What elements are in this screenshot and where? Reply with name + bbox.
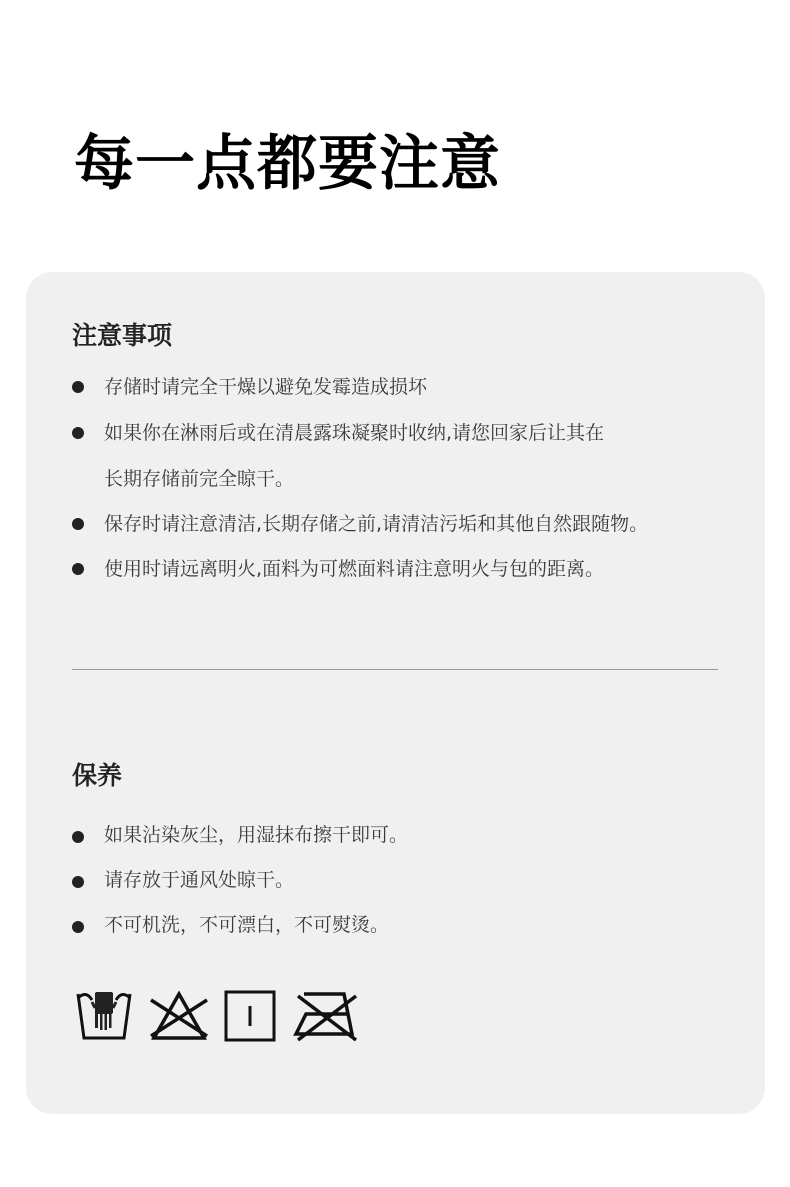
- care-title: 保养: [72, 760, 122, 792]
- hand-wash-icon: [74, 988, 134, 1044]
- list-item-text: 存储时请完全干燥以避免发霉造成损坏: [104, 376, 427, 398]
- bullet-icon: [72, 563, 84, 575]
- no-iron-icon: [290, 988, 362, 1044]
- list-item-text: 如果沾染灰尘，用湿抹布擦干即可。: [104, 824, 408, 846]
- bullet-icon: [72, 518, 84, 530]
- notes-list: 存储时请完全干燥以避免发霉造成损坏 如果你在淋雨后或在清晨露珠凝聚时收纳,请您回…: [72, 372, 648, 584]
- list-item-text: 不可机洗，不可漂白，不可熨烫。: [104, 914, 389, 936]
- bullet-icon: [72, 427, 84, 439]
- list-item-text: 使用时请远离明火,面料为可燃面料请注意明火与包的距离。: [104, 558, 604, 580]
- info-card: 注意事项 存储时请完全干燥以避免发霉造成损坏 如果你在淋雨后或在清晨露珠凝聚时收…: [26, 272, 765, 1114]
- care-list: 如果沾染灰尘，用湿抹布擦干即可。 请存放于通风处晾干。 不可机洗，不可漂白，不可…: [72, 820, 408, 940]
- no-bleach-icon: [148, 990, 210, 1042]
- list-item: 存储时请完全干燥以避免发霉造成损坏: [72, 372, 648, 402]
- tumble-dry-icon: [224, 990, 276, 1042]
- list-item: 保存时请注意清洁,长期存储之前,请清洁污垢和其他自然跟随物。: [72, 509, 648, 539]
- bullet-icon: [72, 876, 84, 888]
- notes-title: 注意事项: [72, 320, 172, 352]
- list-item-text: 长期存储前完全晾干。: [104, 464, 294, 494]
- list-item: 如果沾染灰尘，用湿抹布擦干即可。: [72, 820, 408, 850]
- list-item-text: 如果你在淋雨后或在清晨露珠凝聚时收纳,请您回家后让其在: [104, 422, 604, 444]
- list-item: 请存放于通风处晾干。: [72, 865, 408, 895]
- bullet-icon: [72, 381, 84, 393]
- page-title: 每一点都要注意: [74, 128, 501, 200]
- bullet-icon: [72, 831, 84, 843]
- bullet-icon: [72, 921, 84, 933]
- list-item-text: 保存时请注意清洁,长期存储之前,请清洁污垢和其他自然跟随物。: [104, 513, 648, 535]
- list-item: 使用时请远离明火,面料为可燃面料请注意明火与包的距离。: [72, 554, 648, 584]
- care-symbols: [74, 988, 362, 1044]
- divider: [72, 669, 718, 670]
- list-item-text: 请存放于通风处晾干。: [104, 869, 294, 891]
- list-item: 如果你在淋雨后或在清晨露珠凝聚时收纳,请您回家后让其在 长期存储前完全晾干。: [72, 418, 648, 494]
- list-item: 不可机洗，不可漂白，不可熨烫。: [72, 910, 408, 940]
